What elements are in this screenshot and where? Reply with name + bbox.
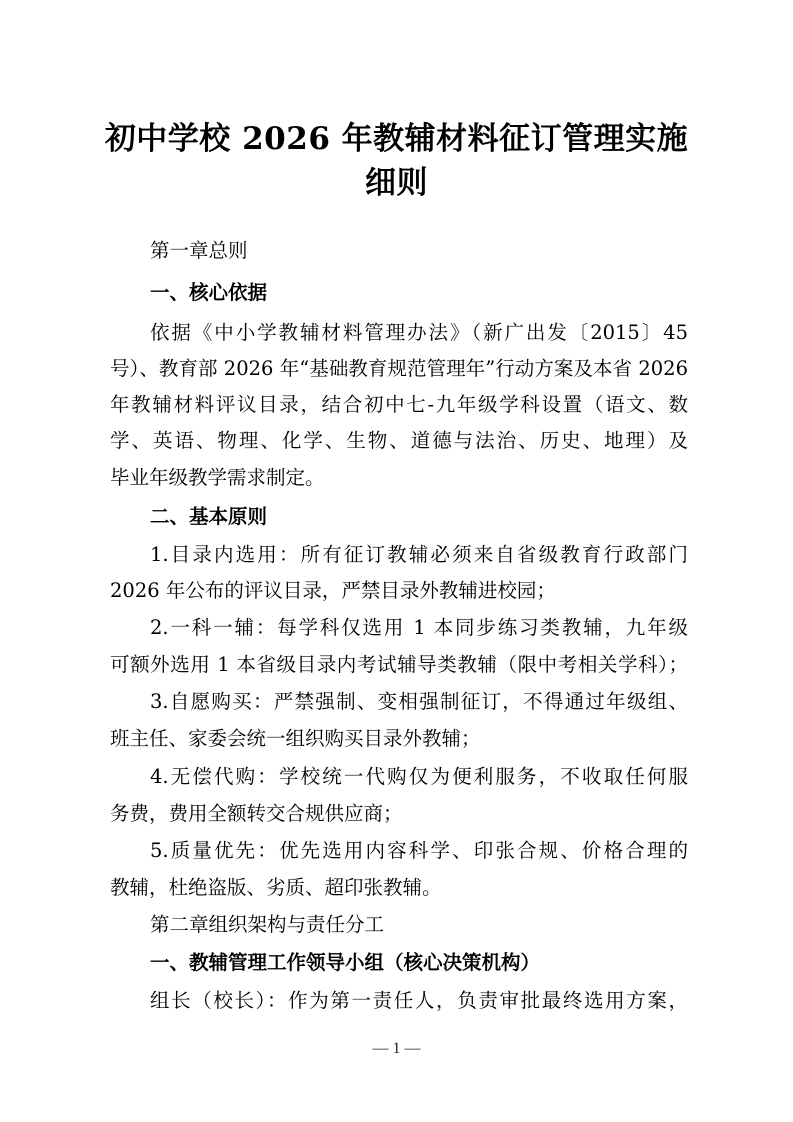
paragraph-line: 2.一科一辅：每学科仅选用 1 本同步练习类教辅，九年级 (150, 615, 688, 641)
paragraph-line: 5.质量优先：优先选用内容科学、印张合规、价格合理的 (150, 838, 688, 864)
chapter-heading: 第一章总则 (150, 238, 688, 264)
paragraph-line: 可额外选用 1 本省级目录内考试辅导类教辅（限中考相关学科）； (110, 652, 688, 678)
paragraph-line: 3.自愿购买：严禁强制、变相强制征订，不得通过年级组、 (150, 689, 688, 715)
title-line-2: 细则 (100, 161, 693, 205)
section-heading: 二、基本原则 (150, 504, 688, 530)
paragraph-line: 2026 年公布的评议目录，严禁目录外教辅进校园； (110, 578, 688, 604)
document-title: 初中学校 2026 年教辅材料征订管理实施 细则 (100, 117, 693, 205)
paragraph-line: 务费，费用全额转交合规供应商； (110, 801, 688, 827)
section-heading: 一、教辅管理工作领导小组（核心决策机构） (150, 950, 688, 976)
paragraph-line: 班主任、家委会统一组织购买目录外教辅； (110, 726, 688, 752)
paragraph-line: 4.无偿代购：学校统一代购仅为便利服务，不收取任何服 (150, 764, 688, 790)
paragraph-line: 毕业年级教学需求制定。 (110, 465, 688, 491)
paragraph-line: 组长（校长）：作为第一责任人，负责审批最终选用方案， (150, 988, 688, 1014)
section-heading: 一、核心依据 (150, 280, 688, 306)
paragraph-line: 学、英语、物理、化学、生物、道德与法治、历史、地理）及 (110, 428, 688, 454)
paragraph-line: 号）、教育部 2026 年“基础教育规范管理年”行动方案及本省 2026 (110, 356, 688, 382)
page-number: — 1 — (0, 1040, 793, 1058)
document-page: 初中学校 2026 年教辅材料征订管理实施 细则 第一章总则一、核心依据依据《中… (0, 0, 793, 1122)
paragraph-line: 教辅，杜绝盗版、劣质、超印张教辅。 (110, 875, 688, 901)
chapter-heading: 第二章组织架构与责任分工 (150, 912, 688, 938)
paragraph-line: 依据《中小学教辅材料管理办法》（新广出发〔2015〕45 (150, 320, 688, 346)
paragraph-line: 1.目录内选用：所有征订教辅必须来自省级教育行政部门 (150, 542, 688, 568)
paragraph-line: 年教辅材料评议目录，结合初中七-九年级学科设置（语文、数 (110, 392, 688, 418)
title-line-1: 初中学校 2026 年教辅材料征订管理实施 (100, 117, 693, 161)
